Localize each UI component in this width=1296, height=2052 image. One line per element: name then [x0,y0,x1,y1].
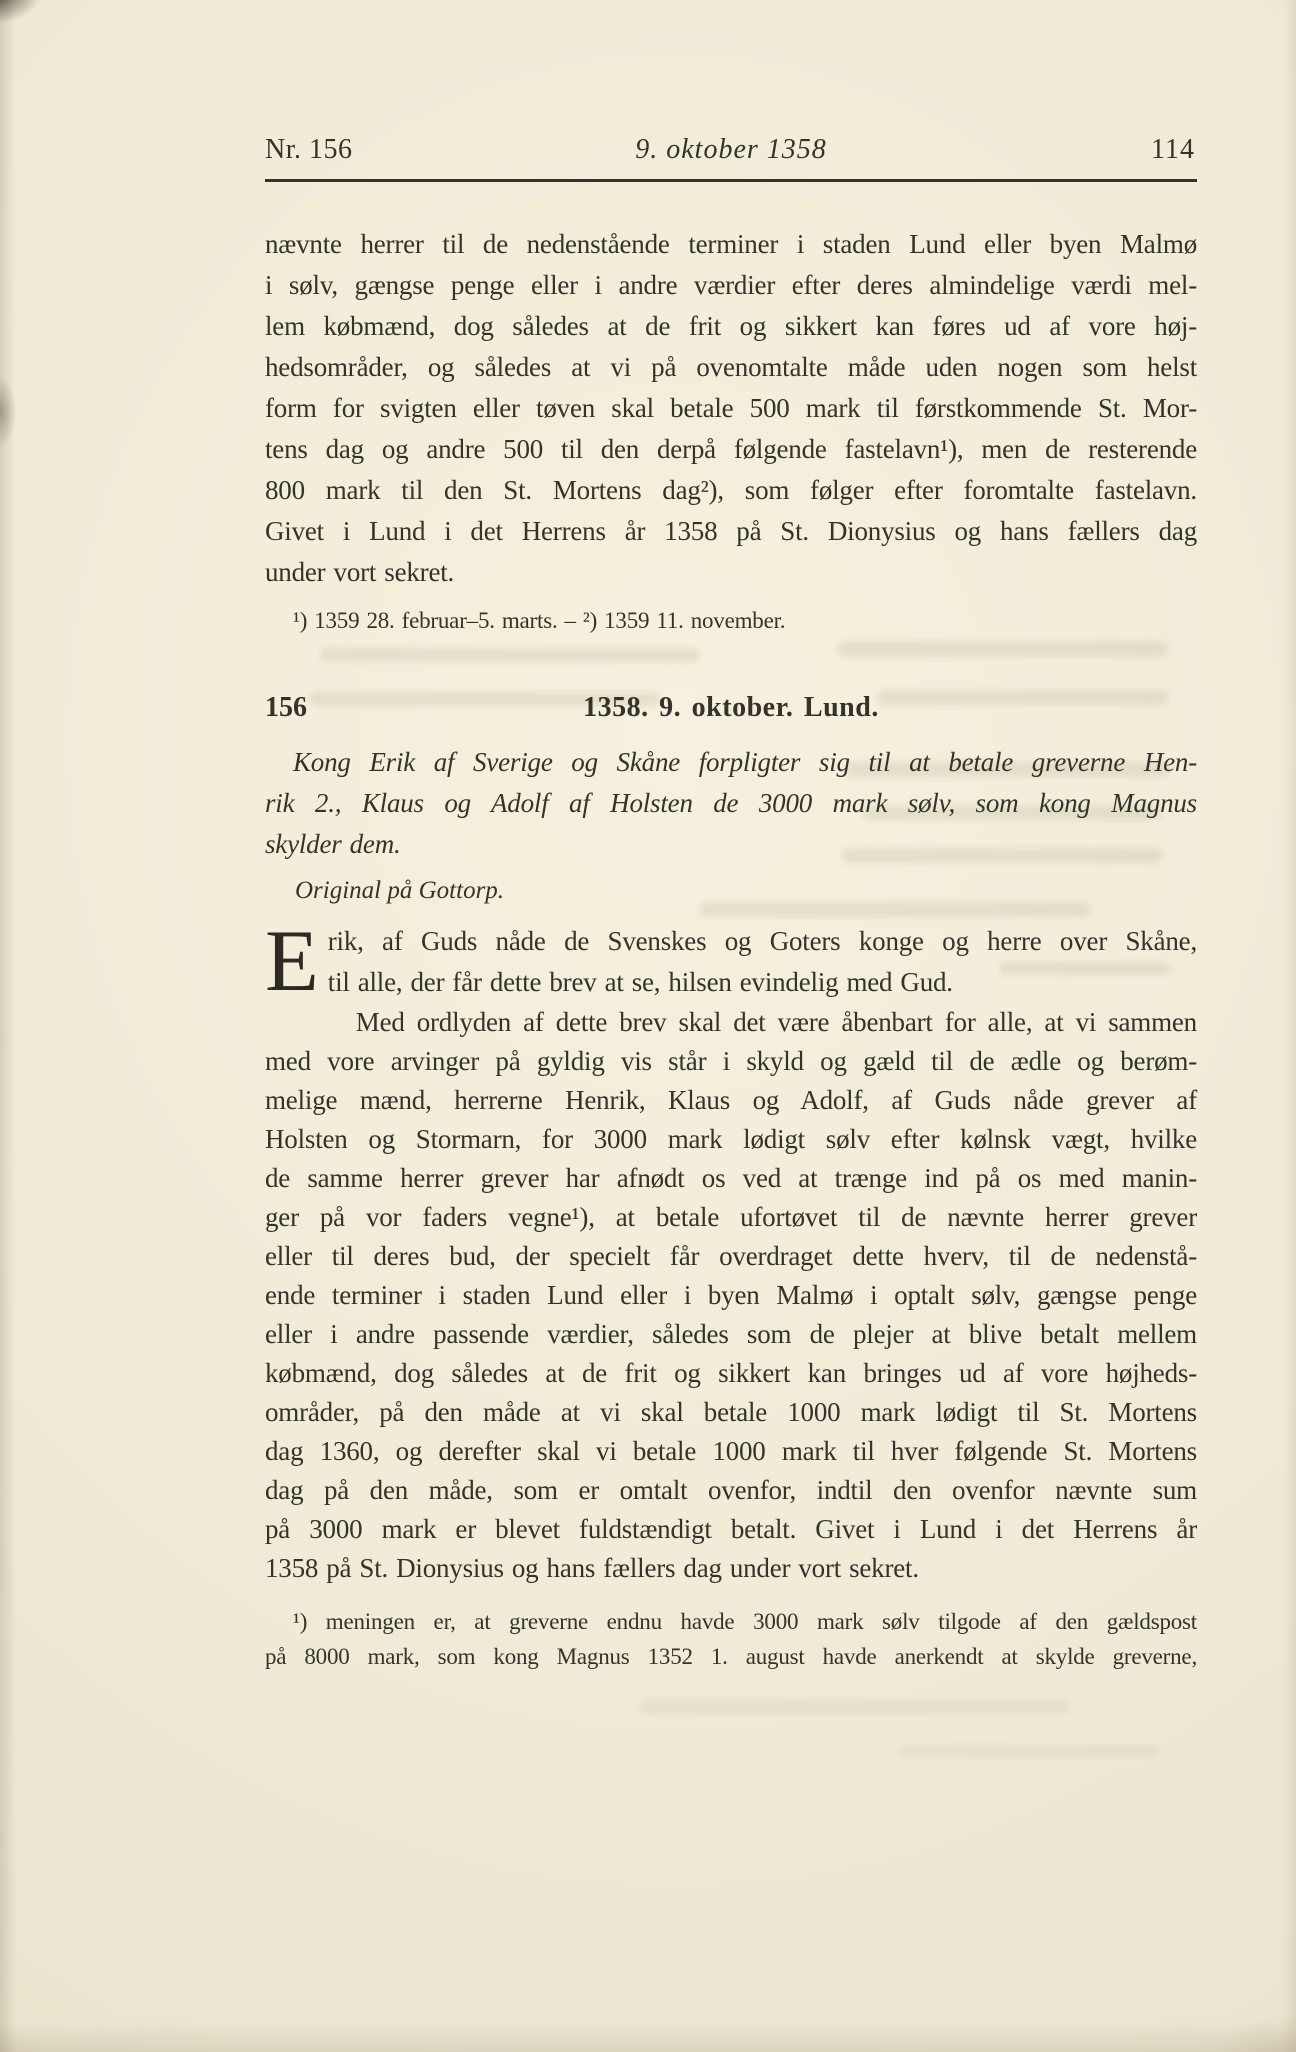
header-date: 9. oktober 1358 [265,130,1197,170]
body-line: ger på vor faders vegne¹), at betale ufo… [265,1198,1197,1237]
summary-line: Kong Erik af Sverige og Skåne forpligter… [265,742,1197,783]
text-line: 800 mark til den St. Mortens dag²), som … [265,470,1197,511]
summary-line: skylder dem. [265,824,1197,865]
text-line: lem købmænd, dog således at de frit og s… [265,306,1197,347]
show-through-artifact [900,1745,1160,1758]
text-line: i sølv, gængse penge eller i andre værdi… [265,265,1197,306]
body-line: Med ordlyden af dette brev skal det være… [265,1003,1197,1042]
text-line: nævnte herrer til de nedenstående termin… [265,224,1197,265]
text-line: hedsområder, og således at vi på ovenomt… [265,347,1197,388]
show-through-artifact [640,1700,1070,1714]
page-number: 114 [1151,130,1195,170]
text-line: tens dag og andre 500 til den derpå følg… [265,429,1197,470]
header-rule [265,179,1197,182]
entry-footnote: ¹) meningen er, at greverne endnu havde … [265,1604,1197,1674]
entry-summary: Kong Erik af Sverige og Skåne forpligter… [265,742,1197,865]
body-line: købmænd, dog således at de frit og sikke… [265,1354,1197,1393]
body-line: dag 1360, og derefter skal vi betale 100… [265,1432,1197,1471]
body-line: eller til deres bud, der specielt får ov… [265,1237,1197,1276]
body-line: de samme herrer grever har afnødt os ved… [265,1159,1197,1198]
body-line: områder, på den måde at vi skal betale 1… [265,1393,1197,1432]
text-line: Givet i Lund i det Herrens år 1358 på St… [265,511,1197,552]
body-line: 1358 på St. Dionysius og hans fællers da… [265,1549,1197,1588]
body-line: på 3000 mark er blevet fuldstændigt beta… [265,1510,1197,1549]
text-line: form for svigten eller tøven skal betale… [265,388,1197,429]
opening-line: rik, af Guds nåde de Svenskes og Goters … [265,921,1197,962]
body-line: melige mænd, herrerne Henrik, Klaus og A… [265,1081,1197,1120]
body-line: ende terminer i staden Lund eller i byen… [265,1276,1197,1315]
footnote-line: ¹) 1359 28. februar–5. marts. – ²) 1359 … [265,603,1197,638]
continuation-paragraph: nævnte herrer til de nedenstående termin… [265,224,1197,593]
entry-heading: 1358. 9. oktober. Lund. [265,690,1197,726]
page-header: Nr. 156 9. oktober 1358 114 [265,130,1197,170]
body-line: dag på den måde, som er omtalt ovenfor, … [265,1471,1197,1510]
text-line: under vort sekret. [265,552,1197,593]
drop-cap-initial: E [265,921,328,1005]
entry-body: Med ordlyden af dette brev skal det være… [265,1003,1197,1588]
provenance-note: Original på Gottorp. [265,873,1197,909]
body-line: Holsten og Stormarn, for 3000 mark lødig… [265,1120,1197,1159]
footnote-line: på 8000 mark, som kong Magnus 1352 1. au… [265,1639,1197,1674]
summary-line: rik 2., Klaus og Adolf af Holsten de 300… [265,783,1197,824]
footnote-line: ¹) meningen er, at greverne endnu havde … [265,1604,1197,1639]
scanned-book-page: Nr. 156 9. oktober 1358 114 nævnte herre… [0,0,1296,2052]
body-line: eller i andre passende værdier, således … [265,1315,1197,1354]
opening-line: til alle, der får dette brev at se, hils… [265,962,1197,1003]
entry-opening: E rik, af Guds nåde de Svenskes og Goter… [265,921,1197,1003]
previous-entry-footnote: ¹) 1359 28. februar–5. marts. – ²) 1359 … [265,603,1197,638]
text-column: Nr. 156 9. oktober 1358 114 nævnte herre… [265,130,1197,1674]
entry-heading-row: 156 1358. 9. oktober. Lund. [265,690,1197,726]
body-line: med vore arvinger på gyldig vis står i s… [265,1042,1197,1081]
